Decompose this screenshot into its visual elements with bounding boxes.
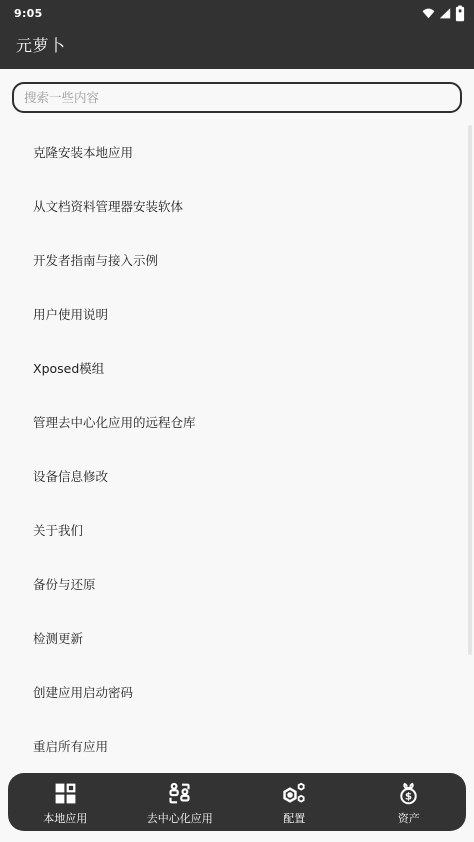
- menu-item-backup-restore[interactable]: 备份与还原: [0, 557, 474, 611]
- decentralized-apps-icon: [166, 780, 193, 807]
- menu-list: 克隆安装本地应用 从文档资料管理器安装软体 开发者指南与接入示例 用户使用说明 …: [0, 125, 474, 773]
- app-screen: 9:05 元萝卜: [0, 0, 474, 842]
- nav-item-label: 配置: [283, 810, 305, 826]
- search-input[interactable]: [12, 82, 462, 113]
- menu-item-check-update[interactable]: 检测更新: [0, 611, 474, 665]
- nav-item-label: 本地应用: [43, 810, 87, 826]
- menu-item-user-manual[interactable]: 用户使用说明: [0, 287, 474, 341]
- menu-item-create-launch-password[interactable]: 创建应用启动密码: [0, 665, 474, 719]
- nav-item-assets[interactable]: $ 资产: [352, 773, 467, 831]
- menu-item-developer-guide[interactable]: 开发者指南与接入示例: [0, 233, 474, 287]
- status-icons: [422, 5, 465, 22]
- menu-item-label: 克隆安装本地应用: [33, 143, 133, 161]
- battery-icon: [455, 5, 465, 22]
- page-title: 元萝卜: [16, 33, 66, 56]
- status-time: 9:05: [14, 7, 43, 20]
- search-bar: [0, 69, 474, 113]
- app-bar: 元萝卜: [0, 26, 474, 69]
- menu-item-label: 管理去中心化应用的远程仓库: [33, 413, 196, 431]
- menu-item-label: 备份与还原: [33, 575, 96, 593]
- menu-item-clone-install[interactable]: 克隆安装本地应用: [0, 125, 474, 179]
- assets-money-bag-icon: $: [395, 780, 422, 807]
- menu-item-install-from-docs[interactable]: 从文档资料管理器安装软体: [0, 179, 474, 233]
- status-bar: 9:05: [0, 0, 474, 26]
- nav-item-decentralized-apps[interactable]: 去中心化应用: [123, 773, 238, 831]
- menu-item-restart-all-apps[interactable]: 重启所有应用: [0, 719, 474, 773]
- local-apps-grid-icon: [52, 780, 79, 807]
- signal-icon: [439, 8, 451, 19]
- menu-item-xposed-module[interactable]: Xposed模组: [0, 341, 474, 395]
- nav-item-label: 去中心化应用: [147, 810, 213, 826]
- nav-item-label: 资产: [398, 810, 420, 826]
- scrollbar-thumb[interactable]: [468, 125, 472, 655]
- menu-item-about-us[interactable]: 关于我们: [0, 503, 474, 557]
- menu-item-label: 检测更新: [33, 629, 83, 647]
- menu-item-label: 从文档资料管理器安装软体: [33, 197, 183, 215]
- wifi-icon: [422, 8, 435, 19]
- bottom-nav: 本地应用 去中心化应用: [8, 773, 466, 831]
- menu-item-label: 开发者指南与接入示例: [33, 251, 158, 269]
- menu-item-label: 设备信息修改: [33, 467, 108, 485]
- menu-item-label: 重启所有应用: [33, 737, 108, 755]
- svg-text:$: $: [405, 791, 412, 802]
- header: 9:05 元萝卜: [0, 0, 474, 69]
- nav-item-local-apps[interactable]: 本地应用: [8, 773, 123, 831]
- menu-item-label: 用户使用说明: [33, 305, 108, 323]
- config-nuts-icon: [281, 780, 308, 807]
- menu-item-remote-repos[interactable]: 管理去中心化应用的远程仓库: [0, 395, 474, 449]
- menu-item-device-info-edit[interactable]: 设备信息修改: [0, 449, 474, 503]
- menu-item-label: 关于我们: [33, 521, 83, 539]
- menu-item-label: 创建应用启动密码: [33, 683, 133, 701]
- menu-item-label: Xposed模组: [33, 359, 104, 377]
- nav-item-config[interactable]: 配置: [237, 773, 352, 831]
